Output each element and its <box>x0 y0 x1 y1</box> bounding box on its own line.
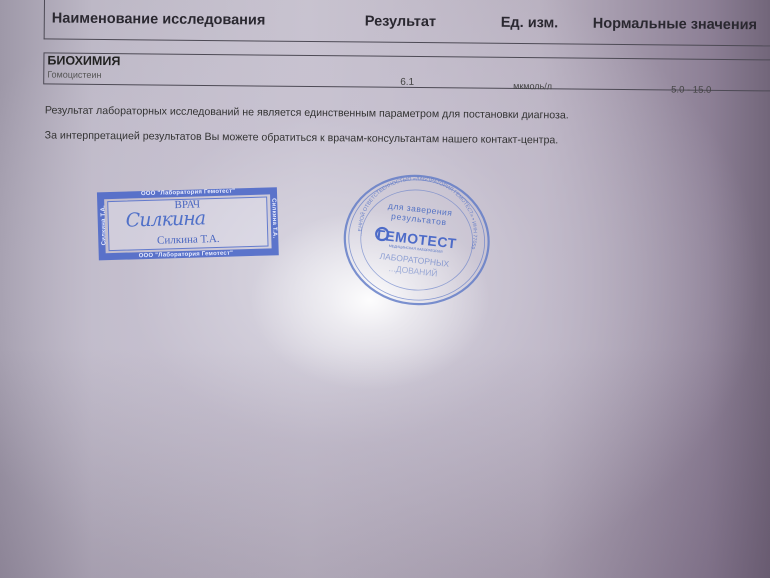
test-unit: мкмоль/л <box>513 81 552 91</box>
disclaimer-note: Результат лабораторных исследований не я… <box>45 104 569 121</box>
header-unit: Ед. изм. <box>501 15 559 32</box>
round-seal: ...ЕННОЙ ОТВЕТСТВЕННОСТЬЮ «ЛАБОРАТОРИЯ Г… <box>334 164 499 316</box>
section-biochemistry: БИОХИМИЯ Гомоцистеин 6.1 мкмоль/л 5.0 - … <box>43 52 770 91</box>
test-norm: 5.0 - 15.0 <box>671 84 711 95</box>
section-title: БИОХИМИЯ <box>47 53 120 68</box>
consultation-note: За интерпретацией результатов Вы можете … <box>45 129 559 146</box>
header-result: Результат <box>365 14 436 31</box>
handwritten-signature: Силкина <box>125 207 205 231</box>
table-header: Наименование исследования Результат Ед. … <box>44 0 770 47</box>
header-name: Наименование исследования <box>52 10 266 28</box>
lab-result-document: Наименование исследования Результат Ед. … <box>0 0 770 578</box>
test-result: 6.1 <box>400 77 414 88</box>
test-name: Гомоцистеин <box>47 69 101 80</box>
stamp-border-text-bottom: ООО "Лаборатория Гемотест" <box>139 251 234 260</box>
doctor-stamp: ООО "Лаборатория Гемотест" ООО "Лаборато… <box>97 187 279 260</box>
header-norm: Нормальные значения <box>593 16 757 34</box>
